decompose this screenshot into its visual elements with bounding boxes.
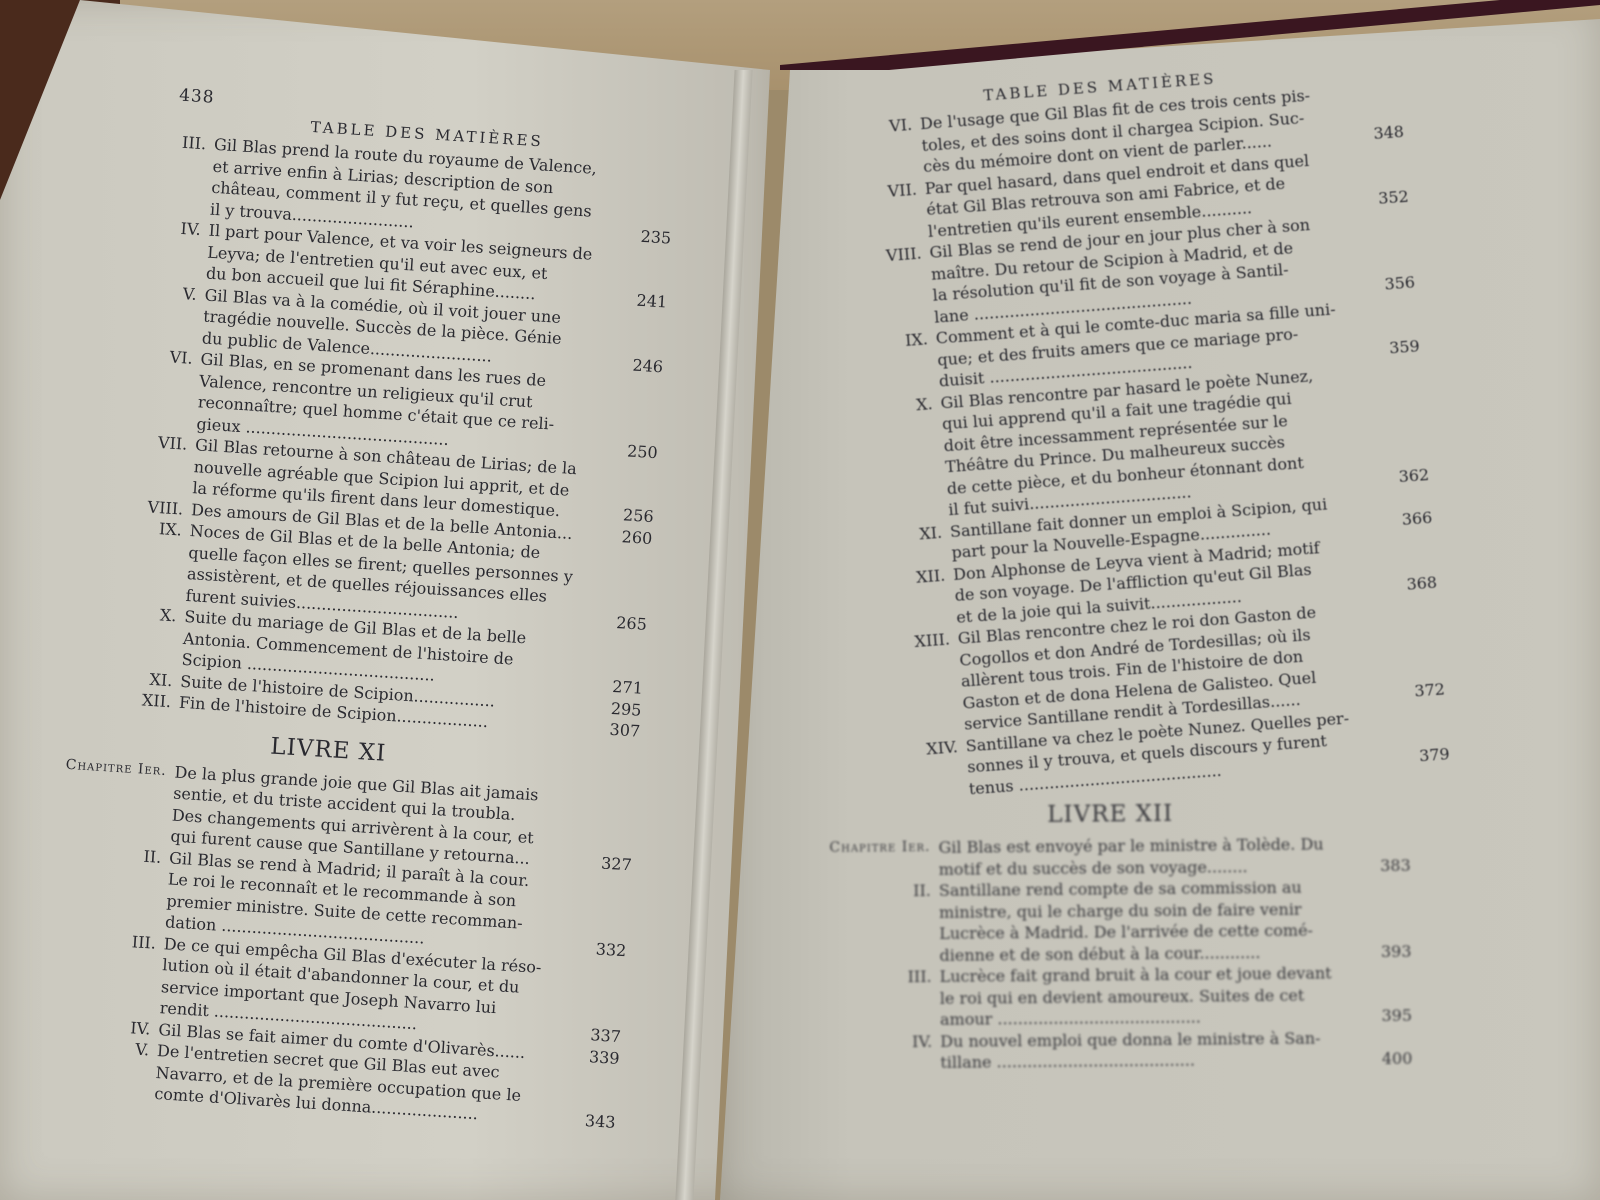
- chapter-number: VIII.: [811, 242, 935, 336]
- chapter-number: IX.: [27, 510, 190, 606]
- page-reference: 393: [1363, 940, 1411, 962]
- toc-list-livre-xi: Chapitre Ier.De la plus grande joie que …: [0, 751, 636, 1133]
- page-reference: 356: [1366, 271, 1415, 296]
- page-number: 438: [179, 86, 216, 108]
- page-reference: 339: [571, 1045, 620, 1069]
- page-reference: 265: [598, 610, 647, 634]
- page-reference: 366: [1384, 507, 1433, 532]
- chapter-number: III.: [1, 923, 164, 1019]
- toc-entry: IV.Du nouvel emploi que donna le ministr…: [812, 1026, 1412, 1074]
- page-reference: 250: [609, 439, 658, 463]
- chapter-number: VII.: [806, 178, 928, 251]
- chapter-number: III.: [52, 124, 215, 220]
- chapter-number: XII.: [835, 564, 957, 637]
- page-reference: 383: [1363, 854, 1411, 876]
- page-reference: 327: [583, 851, 632, 875]
- toc-list-livre-x: III.Gil Blas prend la route du royaume d…: [21, 124, 676, 742]
- page-reference: 372: [1396, 678, 1445, 703]
- page-reference: 307: [592, 718, 641, 742]
- chapter-number: II.: [811, 880, 940, 967]
- page-reference: 256: [605, 503, 654, 527]
- page-reference: 400: [1364, 1048, 1412, 1070]
- page-reference: 241: [619, 289, 668, 313]
- toc-list-livre-xi-cont: VI.De l'usage que Gil Blas fit de ces tr…: [802, 78, 1451, 808]
- chapter-number: XIII.: [839, 628, 965, 744]
- toc-entry: Chapitre Ier.Gil Blas est envoyé par le …: [810, 833, 1410, 881]
- page-reference: 348: [1355, 121, 1404, 146]
- page-reference: 295: [593, 696, 642, 720]
- chapter-number: X.: [822, 392, 949, 529]
- chapter-title: Gil Blas est envoyé par le ministre à To…: [938, 833, 1362, 880]
- chapter-number: III.: [812, 966, 941, 1032]
- chapter-title: Santillane rend compte de sa commission …: [939, 876, 1364, 966]
- book-heading: LIVRE XII: [810, 799, 1410, 830]
- page-reference: 332: [578, 937, 627, 961]
- page-reference: 352: [1360, 185, 1409, 210]
- chapter-number: IV.: [48, 210, 210, 284]
- right-page-content: TABLE DES MATIÈRES VI.De l'usage que Gil…: [800, 56, 1450, 808]
- page-reference: 337: [572, 1023, 621, 1047]
- chapter-number: VI.: [802, 113, 924, 186]
- page-reference: 395: [1364, 1005, 1412, 1027]
- chapter-title: Lucrèce fait grand bruit à la cour et jo…: [940, 962, 1365, 1030]
- chapter-number: Chapitre Ier.: [810, 837, 938, 881]
- left-page-content: 438 TABLE DES MATIÈRES III.Gil Blas pren…: [0, 78, 679, 1133]
- page-reference: 359: [1371, 335, 1420, 360]
- page-reference: 246: [614, 353, 663, 377]
- toc-entry: III.Lucrèce fait grand bruit à la cour e…: [812, 962, 1413, 1032]
- page-reference: 235: [623, 224, 672, 248]
- toc-list-livre-xii: Chapitre Ier.Gil Blas est envoyé par le …: [810, 833, 1412, 1075]
- chapter-number: VI.: [38, 338, 201, 434]
- page-reference: 343: [567, 1109, 616, 1133]
- page-reference: 260: [604, 525, 653, 549]
- page-reference: 379: [1401, 743, 1450, 768]
- toc-entry: II.Santillane rend compte de sa commissi…: [811, 876, 1412, 967]
- chapter-number: VII.: [34, 424, 196, 498]
- page-reference: 271: [594, 675, 643, 699]
- page-reference: 368: [1388, 571, 1437, 596]
- chapter-number: II.: [7, 837, 170, 933]
- chapter-number: V.: [44, 274, 206, 348]
- chapter-number: V.: [0, 1030, 158, 1104]
- chapter-number: IV.: [812, 1030, 940, 1074]
- page-reference: 362: [1380, 464, 1429, 489]
- right-page-content-lower: LIVRE XII Chapitre Ier.Gil Blas est envo…: [810, 785, 1412, 1075]
- chapter-title: Du nouvel emploi que donna le ministre à…: [940, 1027, 1364, 1074]
- chapter-number: Chapitre Ier.: [12, 751, 175, 847]
- chapter-number: X.: [23, 596, 185, 670]
- chapter-number: IX.: [817, 328, 939, 401]
